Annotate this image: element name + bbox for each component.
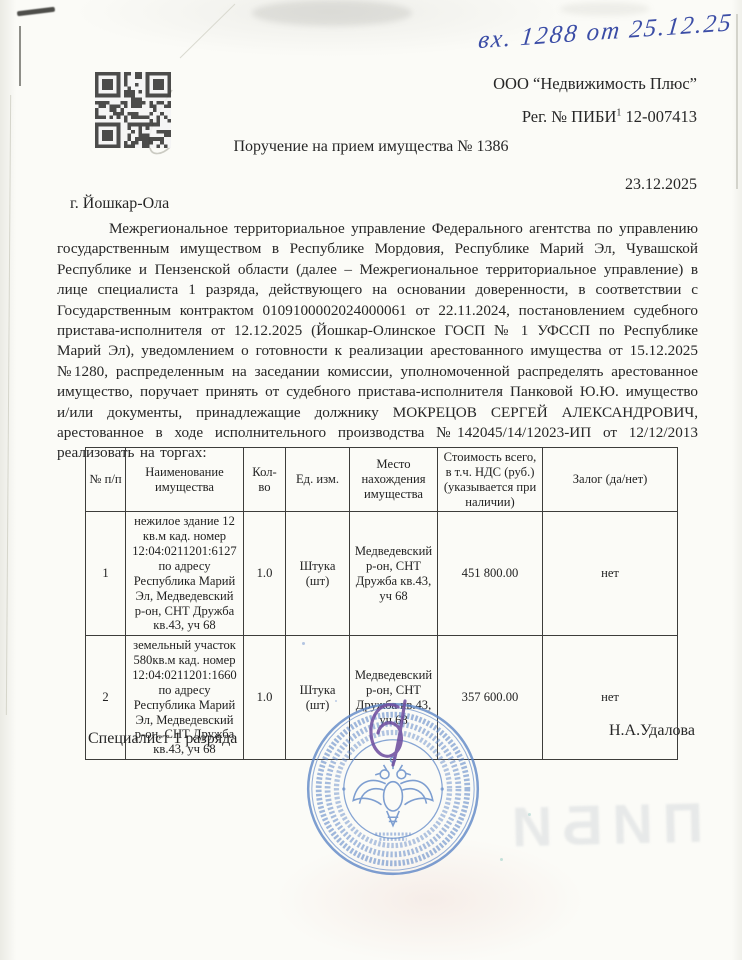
qr-code <box>95 72 171 148</box>
handwritten-signature <box>342 693 437 788</box>
pen-mark-artifact <box>17 7 55 17</box>
body-paragraph: Межрегиональное территориальное управлен… <box>57 219 698 464</box>
column-header-pledge: Залог (да/нет) <box>543 448 678 512</box>
cell-unit: Штука (шт) <box>286 512 350 636</box>
column-header-cost: Стоимость всего, в т.ч. НДС (руб.) (указ… <box>438 448 543 512</box>
cell-location: Медведевский р-он, СНТ Дружба кв.43, уч … <box>350 512 438 636</box>
cell-quantity: 1.0 <box>244 636 286 760</box>
table-header-row: № п/п Наименование имущества Кол-во Ед. … <box>86 448 678 512</box>
reg-suffix: 12-007413 <box>621 107 697 126</box>
edge-tick-artifact <box>19 26 21 86</box>
cell-number: 1 <box>86 512 126 636</box>
document-page: вх. 1288 от 25.12.25 ООО “Недвижимость П… <box>0 0 742 960</box>
right-paper-edge <box>736 14 738 189</box>
column-header-name: Наименование имущества <box>126 448 244 512</box>
document-date: 23.12.2025 <box>625 176 697 194</box>
column-header-location: Место нахождения имущества <box>350 448 438 512</box>
scanner-smudge <box>560 2 650 16</box>
column-header-quantity: Кол-во <box>244 448 286 512</box>
document-city: г. Йошкар-Ола <box>70 195 169 213</box>
reg-number: Рег. № ПИБИ1 12-007413 <box>522 107 697 127</box>
org-name: ООО “Недвижимость Плюс” <box>493 74 697 94</box>
bleed-through-watermark: ПИБИ <box>459 788 742 860</box>
cell-pledge: нет <box>543 636 678 760</box>
cell-cost: 451 800.00 <box>438 512 543 636</box>
signatory-role: Специалист 1 разряда <box>88 730 237 748</box>
table-row: 1 нежилое здание 12 кв.м кад. номер 12:0… <box>86 512 678 636</box>
cell-pledge: нет <box>543 512 678 636</box>
cell-quantity: 1.0 <box>244 512 286 636</box>
column-header-unit: Ед. изм. <box>286 448 350 512</box>
column-header-number: № п/п <box>86 448 126 512</box>
page-title: Поручение на прием имущества № 1386 <box>0 138 742 156</box>
reg-prefix: Рег. № ПИБИ <box>522 107 617 126</box>
left-paper-crease <box>6 95 11 715</box>
signatory-name: Н.А.Удалова <box>609 722 695 740</box>
cell-name: нежилое здание 12 кв.м кад. номер 12:04:… <box>126 512 244 636</box>
